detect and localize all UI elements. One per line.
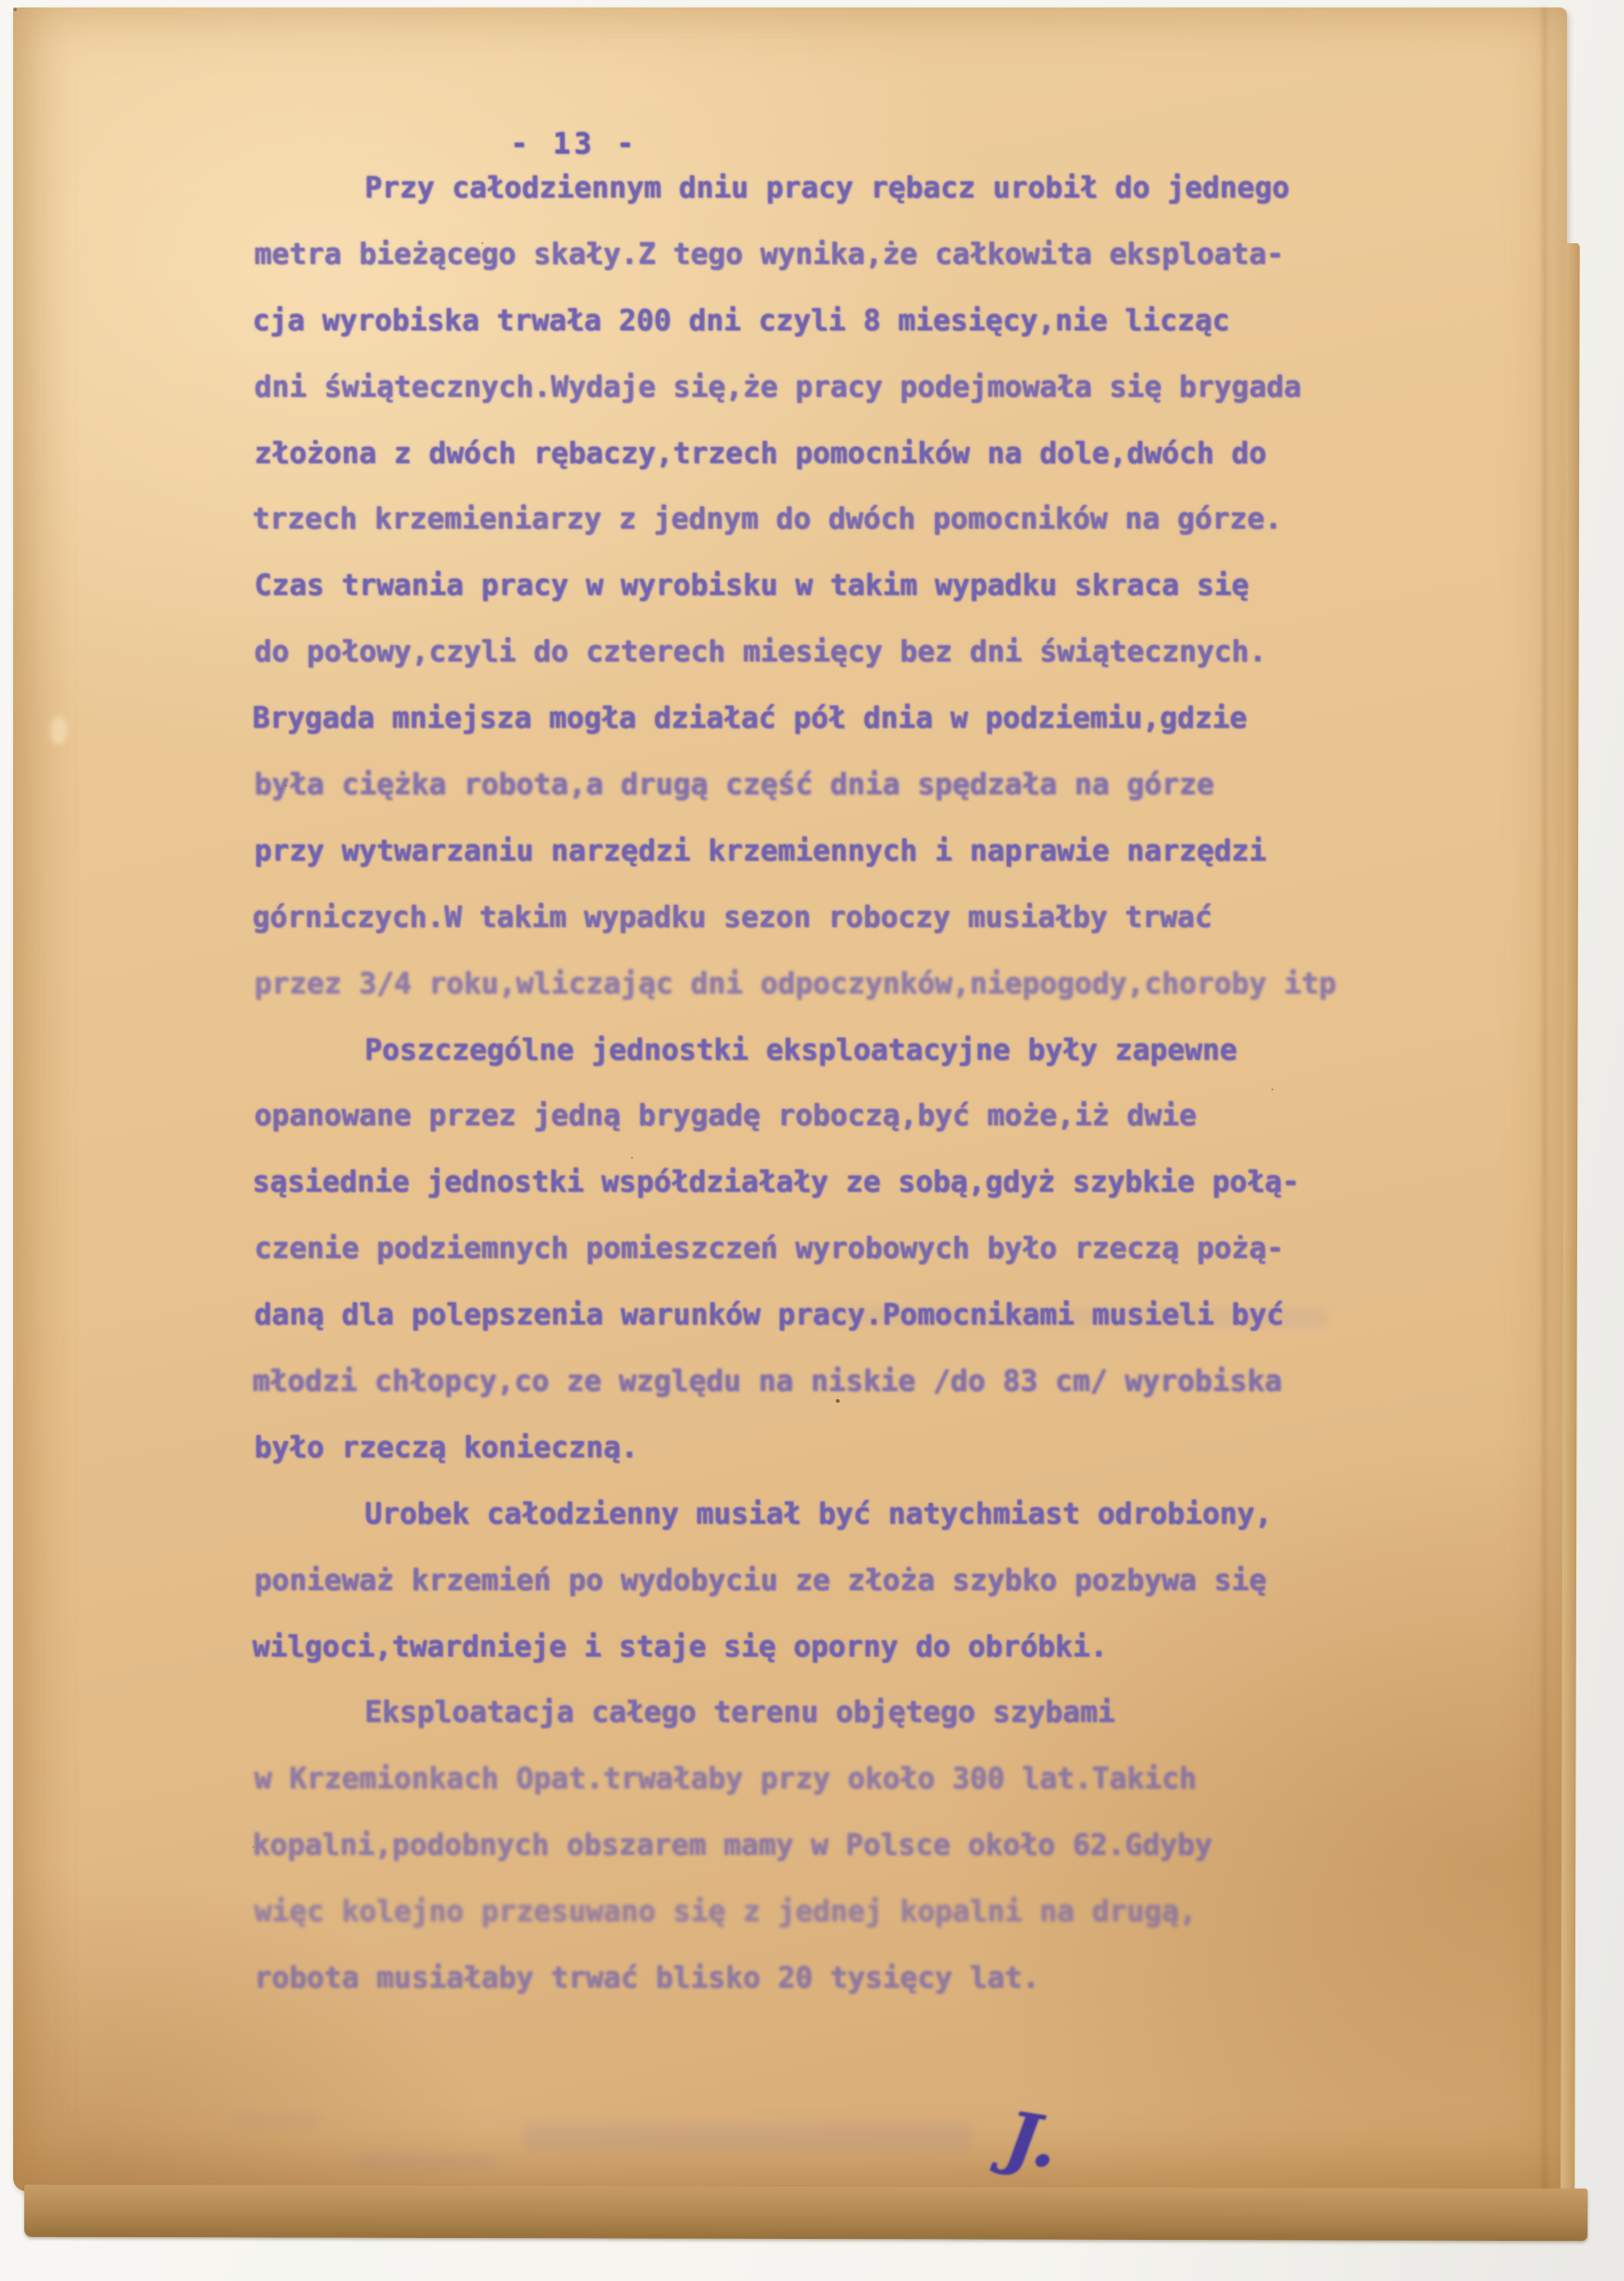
typed-line: górniczych.W takim wypadku sezon roboczy… [252,885,1580,951]
typed-line: młodzi chłopcy,co ze względu na niskie /… [252,1349,1580,1415]
typed-line: ponieważ krzemień po wydobyciu ze złoża … [254,1548,1582,1614]
typed-line: więc kolejno przesuwano się z jednej kop… [254,1879,1582,1945]
typed-line: Urobek całodzienny musiał być natychmias… [254,1481,1582,1548]
typed-line: dni świątecznych.Wydaje się,że pracy pod… [254,354,1582,421]
paragraph: Urobek całodzienny musiał być natychmias… [254,1481,1582,1681]
typed-line: cja wyrobiska trwała 200 dni czyli 8 mie… [252,288,1580,354]
paragraph: Poszczególne jednostki eksploatacyjne by… [254,1018,1582,1481]
typed-line: sąsiednie jednostki współdziałały ze sob… [252,1149,1580,1216]
paper-blemish [50,716,67,744]
ink-offset-smudge [524,2123,972,2151]
typed-line: trzech krzemieniarzy z jednym do dwóch p… [252,486,1580,553]
document-page: - 13 - Przy całodziennym dniu pracy ręba… [13,7,1567,2191]
typed-line: w Krzemionkach Opat.trwałaby przy około … [254,1746,1582,1812]
ink-offset-smudge [355,2153,496,2170]
ink-offset-smudge [804,1307,1328,1328]
typed-line: do połowy,czyli do czterech miesięcy bez… [254,619,1582,686]
typed-line: było rzeczą konieczną. [254,1415,1582,1481]
typed-line: była ciężka robota,a drugą część dnia sp… [254,752,1582,818]
typed-line: kopalni,podobnych obszarem mamy w Polsce… [252,1812,1580,1879]
under-page-edge-bottom [24,2185,1588,2241]
handwritten-mark: J. [1000,2097,1064,2185]
typed-line: przez 3/4 roku,wliczając dni odpoczynków… [254,951,1582,1018]
scan-background: - 13 - Przy całodziennym dniu pracy ręba… [0,0,1624,2281]
typed-line: metra bieżącego skały.Z tego wynika,że c… [254,222,1582,288]
typed-line: złożona z dwóch rębaczy,trzech pomocnikó… [254,421,1582,487]
typed-text-block: Przy całodziennym dniu pracy rębacz urob… [254,155,1582,2012]
typed-line: przy wytwarzaniu narzędzi krzemiennych i… [254,818,1582,885]
paragraph: Eksploatacja całego terenu objętego szyb… [254,1680,1582,2011]
typed-line: wilgoci,twardnieje i staje się oporny do… [252,1614,1580,1681]
typed-line: Brygada mniejsza mogła działać pół dnia … [252,686,1580,752]
ink-offset-smudge [234,2114,318,2129]
paper-crease [1541,7,1548,2191]
typed-line: Eksploatacja całego terenu objętego szyb… [254,1680,1582,1746]
typed-line: opanowane przez jedną brygadę roboczą,by… [254,1083,1582,1149]
typed-line: Czas trwania pracy w wyrobisku w takim w… [254,553,1582,619]
typed-line: czenie podziemnych pomieszczeń wyrobowyc… [254,1216,1582,1282]
paragraph: Przy całodziennym dniu pracy rębacz urob… [254,155,1582,1018]
paper-specks [13,7,17,11]
typed-line: Poszczególne jednostki eksploatacyjne by… [254,1018,1582,1084]
typed-line: robota musiałaby trwać blisko 20 tysięcy… [254,1945,1582,2012]
typed-line: Przy całodziennym dniu pracy rębacz urob… [254,155,1582,222]
